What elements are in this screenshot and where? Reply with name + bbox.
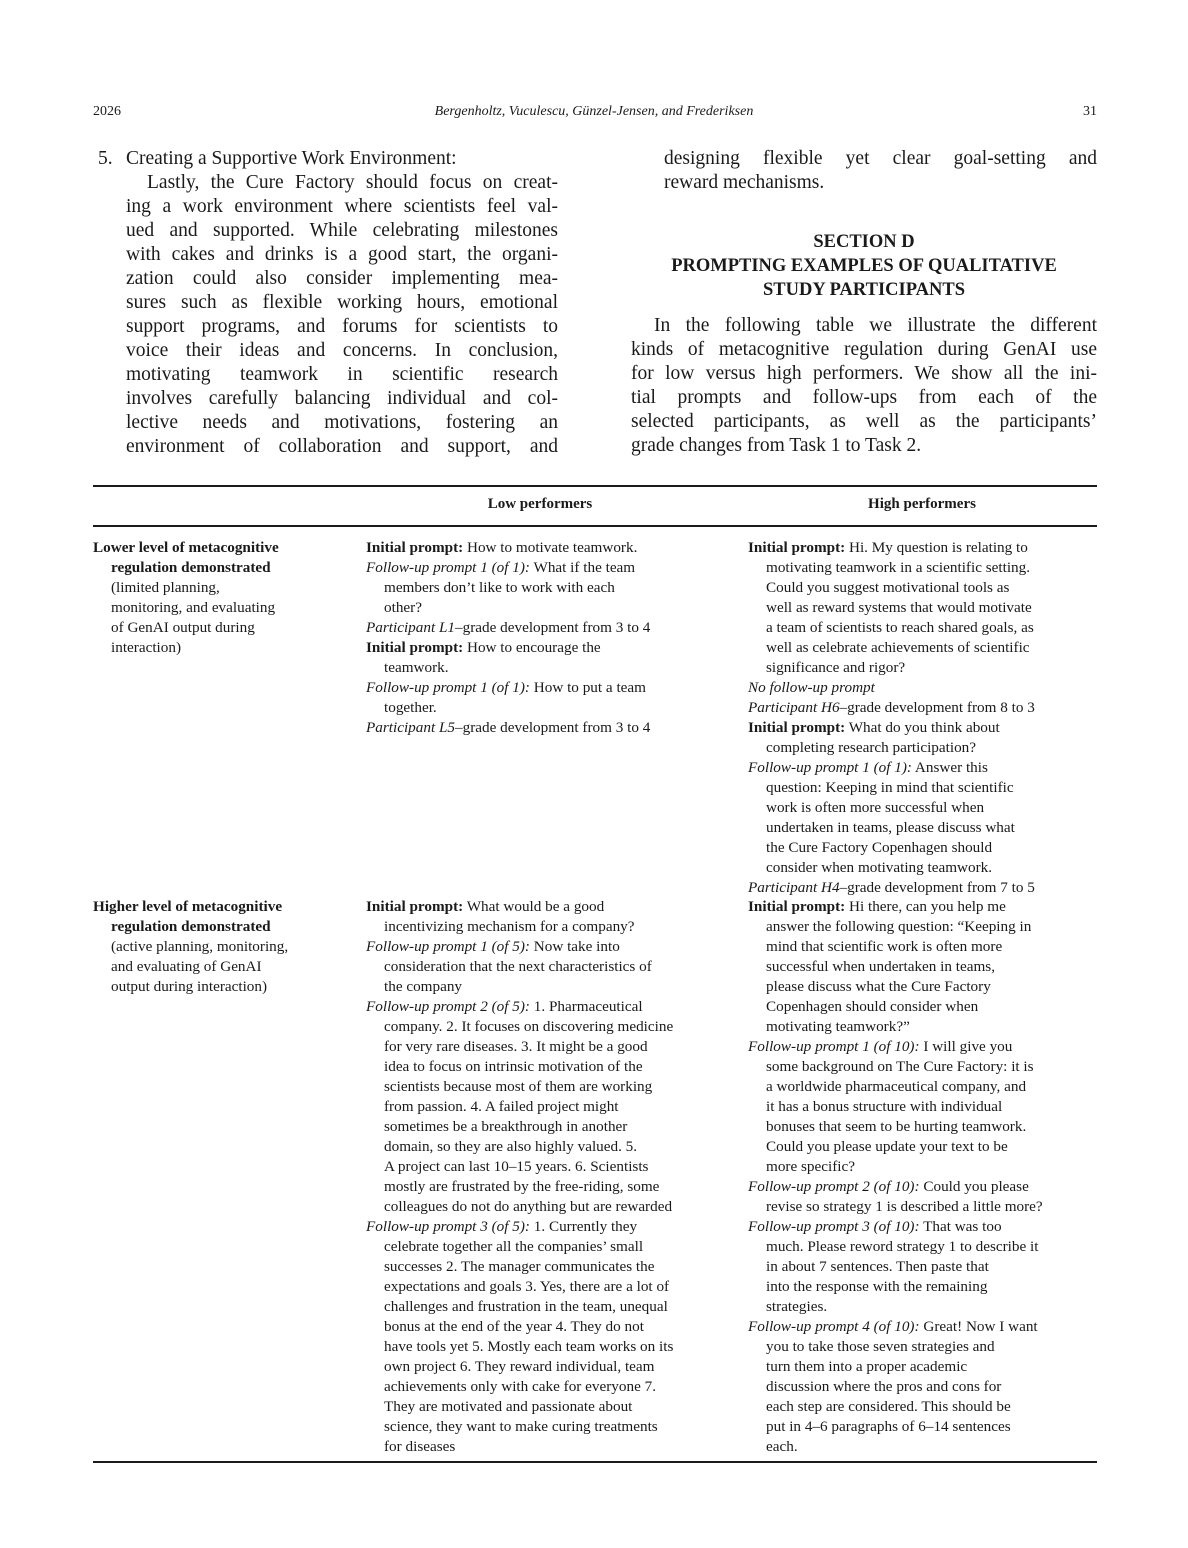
prompt-text: the Cure Factory Copenhagen should <box>766 839 992 856</box>
prompt-text-line: sometimes be a breakthrough in another <box>384 1117 627 1137</box>
prompt-text: each. <box>766 1438 798 1455</box>
prompt-text: Hi there, can you help me <box>845 898 1006 915</box>
prompt-text-line: for very rare diseases. 3. It might be a… <box>384 1037 648 1057</box>
prompt-text: significance and rigor? <box>766 659 905 676</box>
prompt-text: How to encourage the <box>463 639 600 656</box>
prompt-text: –grade development from 3 to 4 <box>455 619 650 636</box>
prompt-text: Could you please <box>920 1178 1029 1195</box>
prompt-text: –grade development from 3 to 4 <box>455 719 650 736</box>
prompt-text: answer the following question: “Keeping … <box>766 918 1031 935</box>
prompt-text-line: it has a bonus structure with individual <box>766 1097 1002 1117</box>
prompt-text-line: completing research participation? <box>766 738 976 758</box>
header-authors: Bergenholtz, Vuculescu, Günzel-Jensen, a… <box>0 104 1188 120</box>
row-label-bold: regulation demonstrated <box>111 917 271 937</box>
prompt-text-line: consider when motivating teamwork. <box>766 858 992 878</box>
prompt-lead: Follow-up prompt 2 (of 10): <box>748 1178 920 1195</box>
prompt-text: turn them into a proper academic <box>766 1358 967 1375</box>
prompt-text: How to put a team <box>530 679 646 696</box>
prompt-text: undertaken in teams, please discuss what <box>766 819 1015 836</box>
prompt-text: well as reward systems that would motiva… <box>766 599 1032 616</box>
prompt-text-line: have tools yet 5. Mostly each team works… <box>384 1337 673 1357</box>
row-label-description: output during interaction) <box>111 977 267 997</box>
prompt-text: sometimes be a breakthrough in another <box>384 1118 627 1135</box>
prompt-text: achievements only with cake for everyone… <box>384 1378 656 1395</box>
prompt-text: bonuses that seem to be hurting teamwork… <box>766 1118 1026 1135</box>
paragraph-line: for low versus high performers. We show … <box>631 362 1097 386</box>
prompt-lead: Initial prompt: <box>366 639 463 656</box>
table-header-rule <box>93 525 1097 527</box>
prompt-text: other? <box>384 599 422 616</box>
paragraph-line: motivating teamwork in scientific resear… <box>126 363 558 387</box>
paragraph-line: kinds of metacognitive regulation during… <box>631 338 1097 362</box>
prompt-text: successes 2. The manager communicates th… <box>384 1258 654 1275</box>
follow-up-label-line: Follow-up prompt 1 (of 1): How to put a … <box>366 678 646 698</box>
paragraph-line: tial prompts and follow-ups from each of… <box>631 386 1097 410</box>
prompt-text-line: turn them into a proper academic <box>766 1357 967 1377</box>
prompt-label-line: Initial prompt: Hi. My question is relat… <box>748 538 1028 558</box>
prompt-text-line: mind that scientific work is often more <box>766 937 1002 957</box>
prompt-lead: Follow-up prompt 1 (of 5): <box>366 938 530 955</box>
prompt-text: Answer this <box>912 759 988 776</box>
prompt-text: I will give you <box>920 1038 1013 1055</box>
prompt-text: successful when undertaken in teams, <box>766 958 995 975</box>
prompt-text-line: celebrate together all the companies’ sm… <box>384 1237 643 1257</box>
prompt-text: you to take those seven strategies and <box>766 1338 995 1355</box>
prompt-text: some background on The Cure Factory: it … <box>766 1058 1034 1075</box>
column-header-high-performers: High performers <box>748 496 1096 513</box>
prompt-text: A project can last 10–15 years. 6. Scien… <box>384 1158 648 1175</box>
prompt-text: colleagues do not do anything but are re… <box>384 1198 672 1215</box>
prompt-text-line: successes 2. The manager communicates th… <box>384 1257 654 1277</box>
prompt-text: a worldwide pharmaceutical company, and <box>766 1078 1026 1095</box>
prompt-text: bonus at the end of the year 4. They do … <box>384 1318 644 1335</box>
prompt-text-line: a worldwide pharmaceutical company, and <box>766 1077 1026 1097</box>
prompt-text: –grade development from 8 to 3 <box>840 699 1035 716</box>
follow-up-label-line: Follow-up prompt 2 (of 10): Could you pl… <box>748 1177 1029 1197</box>
prompt-text-line: for diseases <box>384 1437 455 1457</box>
row-label-description: (active planning, monitoring, <box>111 937 288 957</box>
prompt-text: discussion where the pros and cons for <box>766 1378 1001 1395</box>
prompt-text: Copenhagen should consider when <box>766 998 978 1015</box>
prompt-text-line: expectations and goals 3. Yes, there are… <box>384 1277 669 1297</box>
prompt-text-line: members don’t like to work with each <box>384 578 615 598</box>
prompt-text-line: significance and rigor? <box>766 658 905 678</box>
prompt-label-line: Initial prompt: What do you think about <box>748 718 1000 738</box>
paragraph-line: In the following table we illustrate the… <box>654 314 1097 338</box>
prompt-lead: Follow-up prompt 1 (of 10): <box>748 1038 920 1055</box>
prompt-text: domain, so they are also highly valued. … <box>384 1138 637 1155</box>
prompt-text-line: each step are considered. This should be <box>766 1397 1011 1417</box>
prompt-lead: Participant L1 <box>366 619 455 636</box>
prompt-text: teamwork. <box>384 659 449 676</box>
prompt-text-line: well as celebrate achievements of scient… <box>766 638 1030 658</box>
prompt-text: Great! Now I want <box>920 1318 1038 1335</box>
prompt-text: mostly are frustrated by the free-riding… <box>384 1178 659 1195</box>
prompt-text-line: Copenhagen should consider when <box>766 997 978 1017</box>
prompt-text: please discuss what the Cure Factory <box>766 978 991 995</box>
follow-up-label-line: Follow-up prompt 1 (of 10): I will give … <box>748 1037 1012 1057</box>
prompt-text: together. <box>384 699 437 716</box>
list-number: 5. <box>98 147 113 171</box>
prompt-lead: Follow-up prompt 1 (of 1): <box>366 559 530 576</box>
prompt-lead: Follow-up prompt 3 (of 10): <box>748 1218 920 1235</box>
row-label-description: and evaluating of GenAI <box>111 957 262 977</box>
follow-up-label-line: Follow-up prompt 1 (of 1): Answer this <box>748 758 988 778</box>
prompt-text-line: more specific? <box>766 1157 855 1177</box>
prompt-text: consider when motivating teamwork. <box>766 859 992 876</box>
prompt-text: strategies. <box>766 1298 827 1315</box>
prompt-text: more specific? <box>766 1158 855 1175</box>
prompt-lead: Follow-up prompt 1 (of 1): <box>748 759 912 776</box>
paragraph-line: zation could also consider implementing … <box>126 267 558 291</box>
prompt-text: into the response with the remaining <box>766 1278 987 1295</box>
prompt-lead: Follow-up prompt 2 (of 5): <box>366 998 530 1015</box>
prompt-lead: Initial prompt: <box>748 539 845 556</box>
prompt-text: incentivizing mechanism for a company? <box>384 918 635 935</box>
follow-up-label-line: No follow-up prompt <box>748 678 875 698</box>
prompt-text: mind that scientific work is often more <box>766 938 1002 955</box>
prompt-text: work is often more successful when <box>766 799 984 816</box>
prompt-text: idea to focus on intrinsic motivation of… <box>384 1058 643 1075</box>
paragraph-line: ued and supported. While celebrating mil… <box>126 219 558 243</box>
prompt-text: challenges and frustration in the team, … <box>384 1298 668 1315</box>
prompt-text-line: answer the following question: “Keeping … <box>766 917 1031 937</box>
table-top-rule <box>93 485 1097 487</box>
prompt-text: it has a bonus structure with individual <box>766 1098 1002 1115</box>
prompt-text: in about 7 sentences. Then paste that <box>766 1258 989 1275</box>
prompt-text: What if the team <box>530 559 635 576</box>
prompt-lead: Follow-up prompt 4 (of 10): <box>748 1318 920 1335</box>
prompt-text-line: bonus at the end of the year 4. They do … <box>384 1317 644 1337</box>
prompt-text: What do you think about <box>845 719 1000 736</box>
prompt-text-line: Could you suggest motivational tools as <box>766 578 1009 598</box>
row-label-bold: Lower level of metacognitive <box>93 538 279 558</box>
prompt-text: Could you suggest motivational tools as <box>766 579 1009 596</box>
prompt-text-line: mostly are frustrated by the free-riding… <box>384 1177 659 1197</box>
table-bottom-rule <box>93 1461 1097 1463</box>
prompt-text-line: motivating teamwork?” <box>766 1017 910 1037</box>
prompt-text: question: Keeping in mind that scientifi… <box>766 779 1014 796</box>
prompt-text: 1. Pharmaceutical <box>530 998 643 1015</box>
prompt-text-line: colleagues do not do anything but are re… <box>384 1197 672 1217</box>
section-heading-line: SECTION D <box>624 232 1104 253</box>
prompt-text-line: discussion where the pros and cons for <box>766 1377 1001 1397</box>
prompt-text: put in 4–6 paragraphs of 6–14 sentences <box>766 1418 1011 1435</box>
prompt-text-line: please discuss what the Cure Factory <box>766 977 991 997</box>
prompt-text: Could you please update your text to be <box>766 1138 1008 1155</box>
prompt-text-line: into the response with the remaining <box>766 1277 987 1297</box>
prompt-text-line: idea to focus on intrinsic motivation of… <box>384 1057 643 1077</box>
page-number: 31 <box>1083 104 1097 120</box>
prompt-text: company. 2. It focuses on discovering me… <box>384 1018 673 1035</box>
follow-up-label-line: Follow-up prompt 1 (of 1): What if the t… <box>366 558 635 578</box>
paragraph-line: support programs, and forums for scienti… <box>126 315 558 339</box>
prompt-text-line: together. <box>384 698 437 718</box>
prompt-text-line: successful when undertaken in teams, <box>766 957 995 977</box>
prompt-text: a team of scientists to reach shared goa… <box>766 619 1034 636</box>
row-label-description: (limited planning, <box>111 578 220 598</box>
paragraph-line: designing flexible yet clear goal-settin… <box>664 147 1097 171</box>
row-label-bold: regulation demonstrated <box>111 558 271 578</box>
prompt-text-line: in about 7 sentences. Then paste that <box>766 1257 989 1277</box>
prompt-text: science, they want to make curing treatm… <box>384 1418 658 1435</box>
prompt-text-line: revise so strategy 1 is described a litt… <box>766 1197 1043 1217</box>
paragraph-line: sures such as flexible working hours, em… <box>126 291 558 315</box>
follow-up-label-line: Follow-up prompt 1 (of 5): Now take into <box>366 937 620 957</box>
follow-up-label-line: Follow-up prompt 3 (of 10): That was too <box>748 1217 1002 1237</box>
paragraph-line: ing a work environment where scientists … <box>126 195 558 219</box>
row-label-description: of GenAI output during <box>111 618 255 638</box>
prompt-text-line: work is often more successful when <box>766 798 984 818</box>
participant-grade-line: Participant H6–grade development from 8 … <box>748 698 1035 718</box>
prompt-text: 1. Currently they <box>530 1218 637 1235</box>
prompt-lead: Initial prompt: <box>748 898 845 915</box>
follow-up-label-line: Follow-up prompt 4 (of 10): Great! Now I… <box>748 1317 1038 1337</box>
prompt-text: scientists because most of them are work… <box>384 1078 652 1095</box>
list-item-title: Creating a Supportive Work Environment: <box>126 147 457 171</box>
prompt-text-line: question: Keeping in mind that scientifi… <box>766 778 1014 798</box>
prompt-text: What would be a good <box>463 898 604 915</box>
prompt-text: How to motivate teamwork. <box>463 539 637 556</box>
prompt-text: much. Please reword strategy 1 to descri… <box>766 1238 1038 1255</box>
prompt-text: celebrate together all the companies’ sm… <box>384 1238 643 1255</box>
prompt-text: from passion. 4. A failed project might <box>384 1098 619 1115</box>
paragraph-line: selected participants, as well as the pa… <box>631 410 1097 434</box>
prompt-lead: Participant L5 <box>366 719 455 736</box>
participant-grade-line: Participant L5–grade development from 3 … <box>366 718 650 738</box>
prompt-label-line: Initial prompt: What would be a good <box>366 897 604 917</box>
prompt-text-line: well as reward systems that would motiva… <box>766 598 1032 618</box>
prompt-text-line: each. <box>766 1437 798 1457</box>
prompt-text-line: scientists because most of them are work… <box>384 1077 652 1097</box>
prompt-text-line: some background on The Cure Factory: it … <box>766 1057 1034 1077</box>
paragraph-line: with cakes and drinks is a good start, t… <box>126 243 558 267</box>
prompt-text: Now take into <box>530 938 620 955</box>
prompt-text: the company <box>384 978 462 995</box>
participant-grade-line: Participant L1–grade development from 3 … <box>366 618 650 638</box>
prompt-text: completing research participation? <box>766 739 976 756</box>
prompt-text-line: A project can last 10–15 years. 6. Scien… <box>384 1157 648 1177</box>
prompt-text-line: incentivizing mechanism for a company? <box>384 917 635 937</box>
prompt-text-line: you to take those seven strategies and <box>766 1337 995 1357</box>
prompt-text-line: other? <box>384 598 422 618</box>
row-label-description: monitoring, and evaluating <box>111 598 275 618</box>
prompt-text: That was too <box>920 1218 1002 1235</box>
prompt-text-line: strategies. <box>766 1297 827 1317</box>
paragraph-line: involves carefully balancing individual … <box>126 387 558 411</box>
paragraph-line: environment of collaboration and support… <box>126 435 558 459</box>
prompt-text-line: from passion. 4. A failed project might <box>384 1097 619 1117</box>
prompt-text-line: motivating teamwork in a scientific sett… <box>766 558 1030 578</box>
prompt-text-line: consideration that the next characterist… <box>384 957 652 977</box>
prompt-lead: Follow-up prompt 1 (of 1): <box>366 679 530 696</box>
prompt-text-line: the Cure Factory Copenhagen should <box>766 838 992 858</box>
prompt-label-line: Initial prompt: How to encourage the <box>366 638 601 658</box>
prompt-lead: No follow-up prompt <box>748 679 875 696</box>
prompt-text: own project 6. They reward individual, t… <box>384 1358 654 1375</box>
prompt-text: motivating teamwork?” <box>766 1018 910 1035</box>
paragraph-line: Lastly, the Cure Factory should focus on… <box>147 171 558 195</box>
follow-up-label-line: Follow-up prompt 2 (of 5): 1. Pharmaceut… <box>366 997 643 1017</box>
prompt-lead: Initial prompt: <box>366 898 463 915</box>
prompt-text: revise so strategy 1 is described a litt… <box>766 1198 1043 1215</box>
prompt-text: motivating teamwork in a scientific sett… <box>766 559 1030 576</box>
prompt-text-line: put in 4–6 paragraphs of 6–14 sentences <box>766 1417 1011 1437</box>
prompt-text-line: much. Please reword strategy 1 to descri… <box>766 1237 1038 1257</box>
row-label-description: interaction) <box>111 638 181 658</box>
prompt-text: well as celebrate achievements of scient… <box>766 639 1030 656</box>
prompt-lead: Initial prompt: <box>748 719 845 736</box>
prompt-text-line: bonuses that seem to be hurting teamwork… <box>766 1117 1026 1137</box>
prompt-text-line: company. 2. It focuses on discovering me… <box>384 1017 673 1037</box>
prompt-text-line: Could you please update your text to be <box>766 1137 1008 1157</box>
prompt-text: for diseases <box>384 1438 455 1455</box>
prompt-text: have tools yet 5. Mostly each team works… <box>384 1338 673 1355</box>
prompt-label-line: Initial prompt: How to motivate teamwork… <box>366 538 637 558</box>
follow-up-label-line: Follow-up prompt 3 (of 5): 1. Currently … <box>366 1217 637 1237</box>
prompt-text-line: challenges and frustration in the team, … <box>384 1297 668 1317</box>
prompt-text: members don’t like to work with each <box>384 579 615 596</box>
prompt-text: for very rare diseases. 3. It might be a… <box>384 1038 648 1055</box>
prompt-lead: Follow-up prompt 3 (of 5): <box>366 1218 530 1235</box>
participant-grade-line: Participant H4–grade development from 7 … <box>748 878 1035 898</box>
prompt-text-line: the company <box>384 977 462 997</box>
prompt-lead: Participant H6 <box>748 699 840 716</box>
prompt-text-line: achievements only with cake for everyone… <box>384 1377 656 1397</box>
prompt-text: each step are considered. This should be <box>766 1398 1011 1415</box>
paragraph-line: reward mechanisms. <box>664 171 1097 195</box>
row-label-bold: Higher level of metacognitive <box>93 897 282 917</box>
prompt-text: –grade development from 7 to 5 <box>840 879 1035 896</box>
paragraph-line: grade changes from Task 1 to Task 2. <box>631 434 1097 458</box>
prompt-text-line: They are motivated and passionate about <box>384 1397 632 1417</box>
section-heading-line: PROMPTING EXAMPLES OF QUALITATIVE <box>624 256 1104 277</box>
prompt-text-line: science, they want to make curing treatm… <box>384 1417 658 1437</box>
prompt-text: expectations and goals 3. Yes, there are… <box>384 1278 669 1295</box>
prompt-text-line: undertaken in teams, please discuss what <box>766 818 1015 838</box>
paragraph-line: lective needs and motivations, fostering… <box>126 411 558 435</box>
prompt-text-line: a team of scientists to reach shared goa… <box>766 618 1034 638</box>
prompt-text-line: teamwork. <box>384 658 449 678</box>
prompt-text: consideration that the next characterist… <box>384 958 652 975</box>
column-header-low-performers: Low performers <box>366 496 714 513</box>
prompt-text-line: domain, so they are also highly valued. … <box>384 1137 637 1157</box>
paragraph-line: voice their ideas and concerns. In concl… <box>126 339 558 363</box>
prompt-lead: Initial prompt: <box>366 539 463 556</box>
prompt-text: They are motivated and passionate about <box>384 1398 632 1415</box>
prompt-lead: Participant H4 <box>748 879 840 896</box>
section-heading-line: STUDY PARTICIPANTS <box>624 280 1104 301</box>
prompt-text-line: own project 6. They reward individual, t… <box>384 1357 654 1377</box>
prompt-text: Hi. My question is relating to <box>845 539 1028 556</box>
prompt-label-line: Initial prompt: Hi there, can you help m… <box>748 897 1006 917</box>
